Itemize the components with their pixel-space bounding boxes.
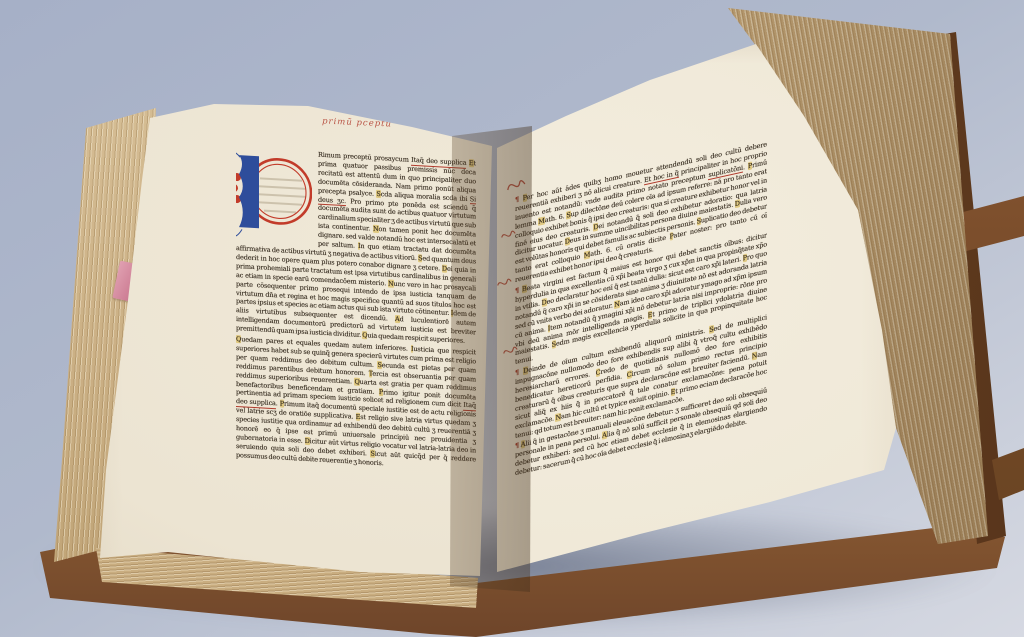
wash-capital: I bbox=[548, 324, 550, 333]
wash-capital: S bbox=[552, 340, 556, 349]
right-text-block: ¶ Per hoc aūt ādes quibʒ homo mouetur at… bbox=[515, 140, 767, 516]
wash-capital: S bbox=[697, 217, 701, 226]
pilcrow-mark: ¶ bbox=[515, 195, 519, 204]
wash-capital: B bbox=[522, 285, 527, 294]
wash-capital: Q bbox=[362, 331, 367, 339]
wash-capital: D bbox=[442, 264, 447, 272]
right-running-header: pceptũ bbox=[577, 88, 614, 106]
wash-capital: A bbox=[521, 440, 526, 449]
wash-capital: S bbox=[370, 449, 374, 457]
pilcrow-mark: ¶ bbox=[515, 368, 519, 377]
rubric-underline: suplicatōni bbox=[708, 163, 743, 180]
wash-capital: D bbox=[735, 200, 740, 209]
left-text-block: Rimum preceptū prosaycum Itaq̃ deo suppl… bbox=[236, 146, 476, 481]
wash-capital: M bbox=[538, 216, 545, 225]
pilcrow-mark: ¶ bbox=[515, 442, 519, 451]
wash-capital: P bbox=[670, 232, 674, 241]
wash-capital: A bbox=[395, 315, 400, 323]
wash-capital: E bbox=[671, 387, 676, 396]
wash-capital: D bbox=[565, 237, 570, 246]
rubric-underline: Et hoc in q̃ bbox=[644, 169, 679, 186]
photograph-of-open-incunabulum: primũ pceptũ bbox=[0, 0, 1024, 637]
wash-capital: S bbox=[376, 189, 380, 197]
wash-capital: I bbox=[451, 309, 453, 317]
wash-capital: M bbox=[584, 251, 591, 260]
wash-capital: C bbox=[627, 370, 632, 379]
right-page-text: ¶ Per hoc aūt ādes quibʒ homo mouetur at… bbox=[515, 140, 767, 478]
wash-capital: P bbox=[743, 253, 747, 262]
wash-capital: I bbox=[411, 345, 413, 353]
wash-capital: N bbox=[373, 225, 379, 233]
wash-capital: Q bbox=[236, 335, 241, 343]
wash-capital: Q bbox=[354, 377, 359, 385]
wash-capital: S bbox=[377, 361, 381, 369]
wash-capital: P bbox=[748, 161, 752, 170]
wash-capital: P bbox=[523, 193, 527, 202]
wash-capital: N bbox=[614, 299, 620, 308]
initial-p-icon bbox=[236, 146, 312, 245]
wash-capital: S bbox=[566, 210, 570, 219]
wash-capital: I bbox=[358, 242, 360, 250]
left-running-header: primũ pceptũ bbox=[322, 116, 392, 129]
pilcrow-mark: ¶ bbox=[515, 286, 519, 295]
wash-capital: N bbox=[752, 351, 758, 360]
wash-capital: N bbox=[555, 412, 561, 421]
wash-capital: C bbox=[596, 368, 601, 377]
rubric-underline: Si deus ʒc. bbox=[318, 195, 476, 206]
illuminated-initial-p bbox=[236, 146, 312, 245]
wash-capital: E bbox=[469, 159, 474, 167]
wash-capital: P bbox=[379, 388, 383, 396]
wash-capital: D bbox=[305, 437, 310, 445]
rubric-underline: Itaq̃ deo supplica bbox=[411, 156, 466, 169]
wash-capital: A bbox=[602, 431, 607, 440]
wash-capital: D bbox=[542, 298, 547, 307]
wash-capital: P bbox=[280, 400, 284, 408]
paragraph: Quedam pares et equales quedam autem inf… bbox=[236, 335, 476, 473]
wash-capital: T bbox=[369, 369, 373, 377]
wash-capital: D bbox=[523, 366, 528, 375]
wash-capital: N bbox=[388, 279, 394, 287]
wash-capital: S bbox=[709, 325, 713, 334]
rubric-underline: Itaq̃ deo supplica bbox=[236, 397, 476, 411]
marginal-gloss-mark bbox=[494, 270, 514, 292]
wash-capital: E bbox=[356, 413, 361, 421]
wash-capital: S bbox=[418, 254, 422, 262]
wash-capital: D bbox=[593, 222, 598, 231]
folio-number: 6a bbox=[693, 23, 705, 33]
wash-capital: E bbox=[648, 310, 653, 319]
